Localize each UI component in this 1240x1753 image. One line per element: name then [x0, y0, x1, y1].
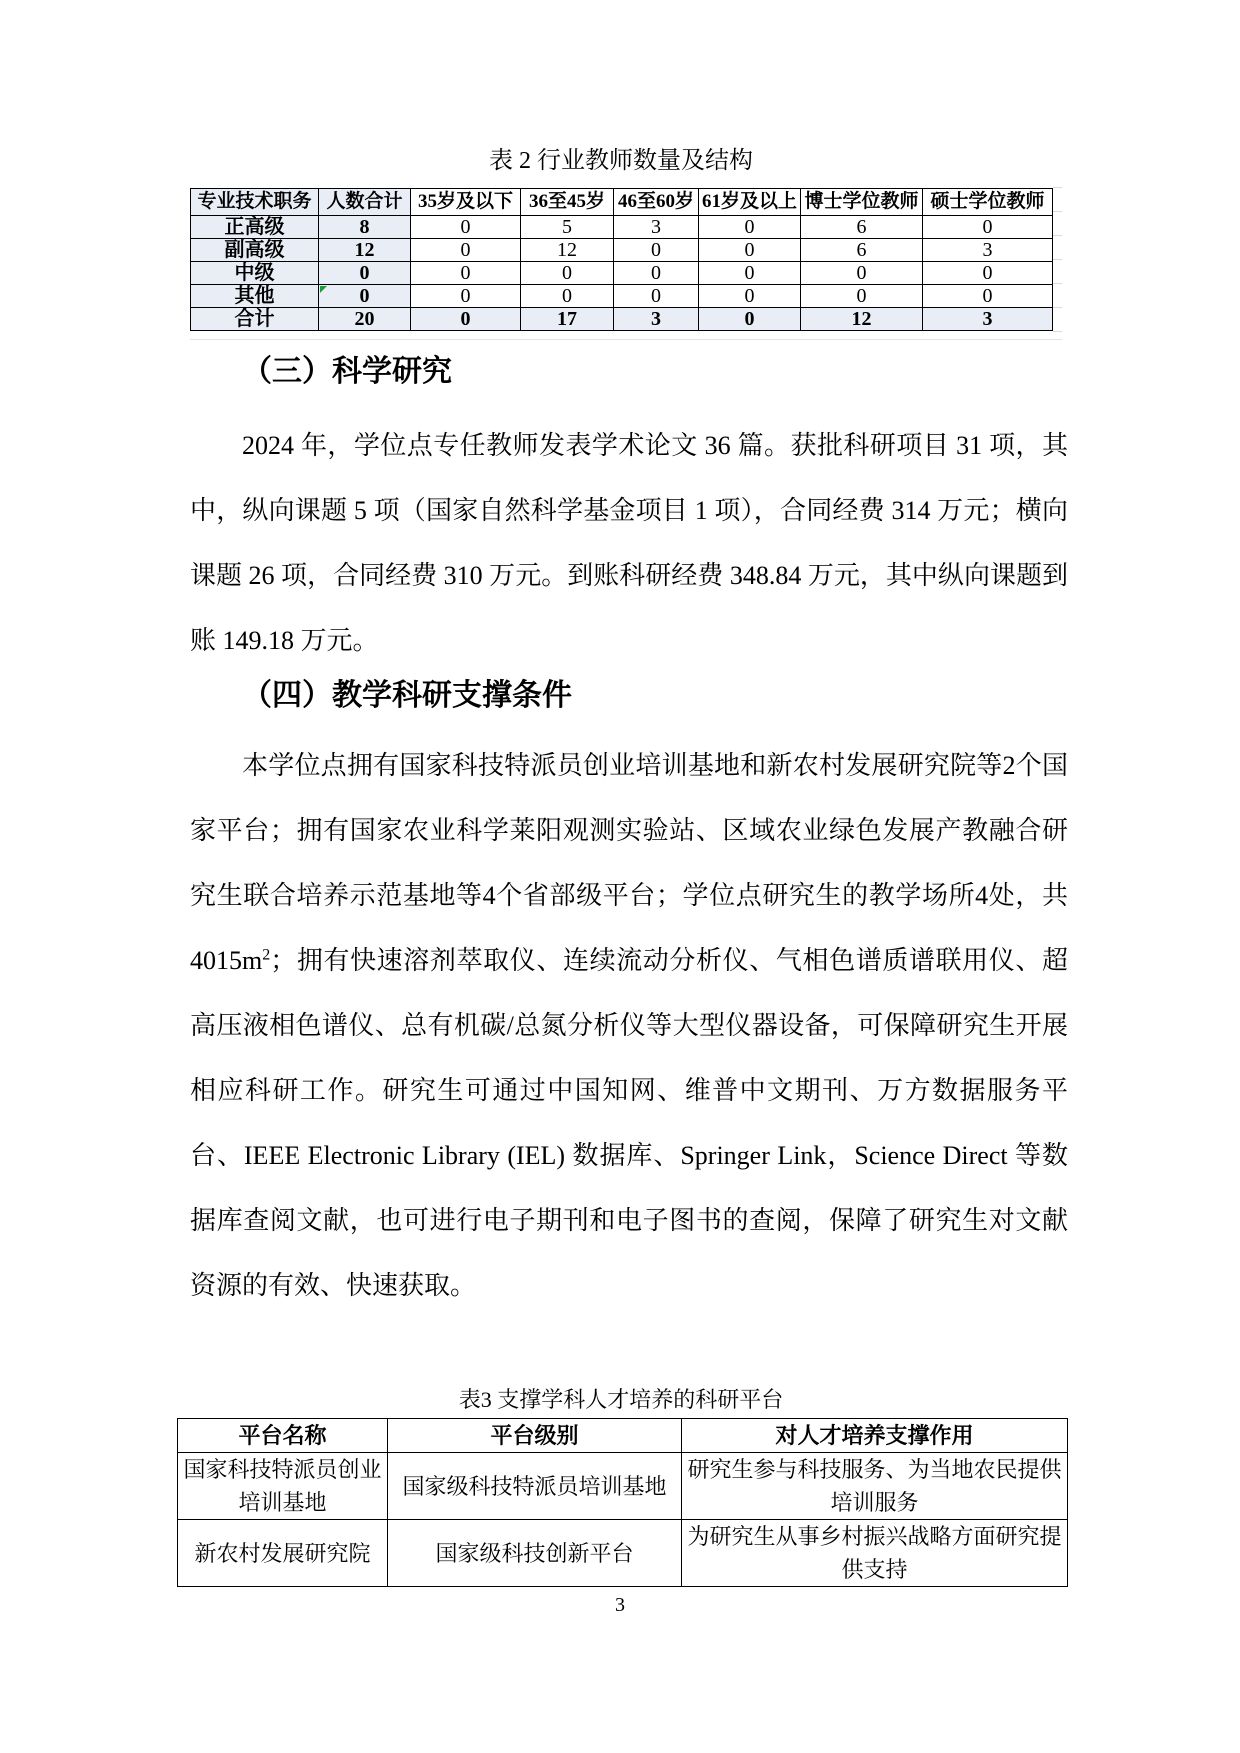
column-header: 36至45岁 [521, 189, 614, 216]
table-cell: 0 [521, 262, 614, 285]
table-cell: 20 [319, 308, 411, 331]
table-cell: 12 [801, 308, 923, 331]
section3-paragraph: 2024 年，学位点专任教师发表学术论文 36 篇。获批科研项目 31 项，其中… [190, 413, 1068, 673]
table-cell: 3 [923, 308, 1053, 331]
table-cell: 0 [319, 262, 411, 285]
row-label: 中级 [191, 262, 319, 285]
column-header: 46至60岁 [614, 189, 699, 216]
column-header: 专业技术职务 [191, 189, 319, 216]
table-cell: 0 [699, 216, 801, 239]
table-cell: 12 [319, 239, 411, 262]
table-row: 新农村发展研究院 国家级科技创新平台 为研究生从事乡村振兴战略方面研究提供支持 [178, 1520, 1068, 1587]
table-cell: 0 [411, 262, 521, 285]
row-label: 正高级 [191, 216, 319, 239]
column-header: 平台名称 [178, 1419, 388, 1453]
cell-value: 0 [360, 285, 370, 307]
table-row: 正高级 8 0 5 3 0 6 0 [191, 216, 1053, 239]
table-cell: 17 [521, 308, 614, 331]
table-cell: 0 [411, 216, 521, 239]
table-cell: 0 [614, 262, 699, 285]
table-cell: 6 [801, 239, 923, 262]
table-cell: 0 [923, 262, 1053, 285]
table-cell: 12 [521, 239, 614, 262]
table-cell: 0 [923, 216, 1053, 239]
table2-caption: 表 2 行业教师数量及结构 [190, 146, 1052, 176]
row-label: 其他 [191, 285, 319, 308]
table-row: 国家科技特派员创业培训基地 国家级科技特派员培训基地 研究生参与科技服务、为当地… [178, 1453, 1068, 1520]
row-label: 副高级 [191, 239, 319, 262]
platform-level: 国家级科技创新平台 [388, 1520, 682, 1587]
table-row: 其他 0 0 0 0 0 0 0 [191, 285, 1053, 308]
column-header: 人数合计 [319, 189, 411, 216]
section4-heading: （四）教学科研支撑条件 [190, 676, 1068, 716]
column-header: 35岁及以下 [411, 189, 521, 216]
column-header: 平台级别 [388, 1419, 682, 1453]
paragraph-text: 本学位点拥有国家科技特派员创业培训基地和新农村发展研究院等2个国家平台；拥有国家… [190, 751, 1068, 975]
section3-heading: （三）科学研究 [190, 352, 1068, 392]
table-cell: 0 [923, 285, 1053, 308]
table-cell: 0 [801, 285, 923, 308]
table-cell: 3 [923, 239, 1053, 262]
page-number: 3 [0, 1592, 1240, 1618]
row-label: 合计 [191, 308, 319, 331]
platform-name: 国家科技特派员创业培训基地 [178, 1453, 388, 1520]
section4-paragraph: 本学位点拥有国家科技特派员创业培训基地和新农村发展研究院等2个国家平台；拥有国家… [190, 733, 1068, 1318]
table-cell: 3 [614, 216, 699, 239]
table-cell: 8 [319, 216, 411, 239]
table-cell: 0 [614, 239, 699, 262]
document-page: 表 2 行业教师数量及结构 专业技术职务 人数合计 35岁及以下 36至45岁 … [0, 0, 1240, 1753]
paragraph-text: ；拥有快速溶剂萃取仪、连续流动分析仪、气相色谱质谱联用仪、超高压液相色谱仪、总有… [190, 946, 1068, 1300]
platform-name: 新农村发展研究院 [178, 1520, 388, 1587]
table-cell: 0 [614, 285, 699, 308]
table-cell: 0 [801, 262, 923, 285]
table-cell: 5 [521, 216, 614, 239]
table-cell: 0 [411, 308, 521, 331]
table-cell: 0 [411, 239, 521, 262]
column-header: 硕士学位教师 [923, 189, 1053, 216]
table3-caption: 表3 支撑学科人才培养的科研平台 [190, 1386, 1052, 1414]
column-header: 61岁及以上 [699, 189, 801, 216]
column-header: 对人才培养支撑作用 [682, 1419, 1068, 1453]
table-cell: 0 [521, 285, 614, 308]
gridline-artifact [190, 339, 1062, 340]
research-platform-table: 平台名称 平台级别 对人才培养支撑作用 国家科技特派员创业培训基地 国家级科技特… [177, 1418, 1068, 1587]
table-total-row: 合计 20 0 17 3 0 12 3 [191, 308, 1053, 331]
table-cell: 0 [699, 285, 801, 308]
table-cell: 0 [699, 308, 801, 331]
table-cell: 0 [699, 262, 801, 285]
table-cell: 0 [699, 239, 801, 262]
table-cell: 0 [319, 285, 411, 308]
table-header-row: 专业技术职务 人数合计 35岁及以下 36至45岁 46至60岁 61岁及以上 … [191, 189, 1053, 216]
table-cell: 3 [614, 308, 699, 331]
platform-support: 研究生参与科技服务、为当地农民提供培训服务 [682, 1453, 1068, 1520]
green-triangle-flag-icon [320, 286, 327, 293]
platform-support: 为研究生从事乡村振兴战略方面研究提供支持 [682, 1520, 1068, 1587]
table-row: 副高级 12 0 12 0 0 6 3 [191, 239, 1053, 262]
table-cell: 0 [411, 285, 521, 308]
table-header-row: 平台名称 平台级别 对人才培养支撑作用 [178, 1419, 1068, 1453]
platform-level: 国家级科技特派员培训基地 [388, 1453, 682, 1520]
teacher-structure-table: 专业技术职务 人数合计 35岁及以下 36至45岁 46至60岁 61岁及以上 … [190, 188, 1053, 331]
table-cell: 6 [801, 216, 923, 239]
column-header: 博士学位教师 [801, 189, 923, 216]
table-row: 中级 0 0 0 0 0 0 0 [191, 262, 1053, 285]
gridline-artifact [1053, 187, 1062, 333]
